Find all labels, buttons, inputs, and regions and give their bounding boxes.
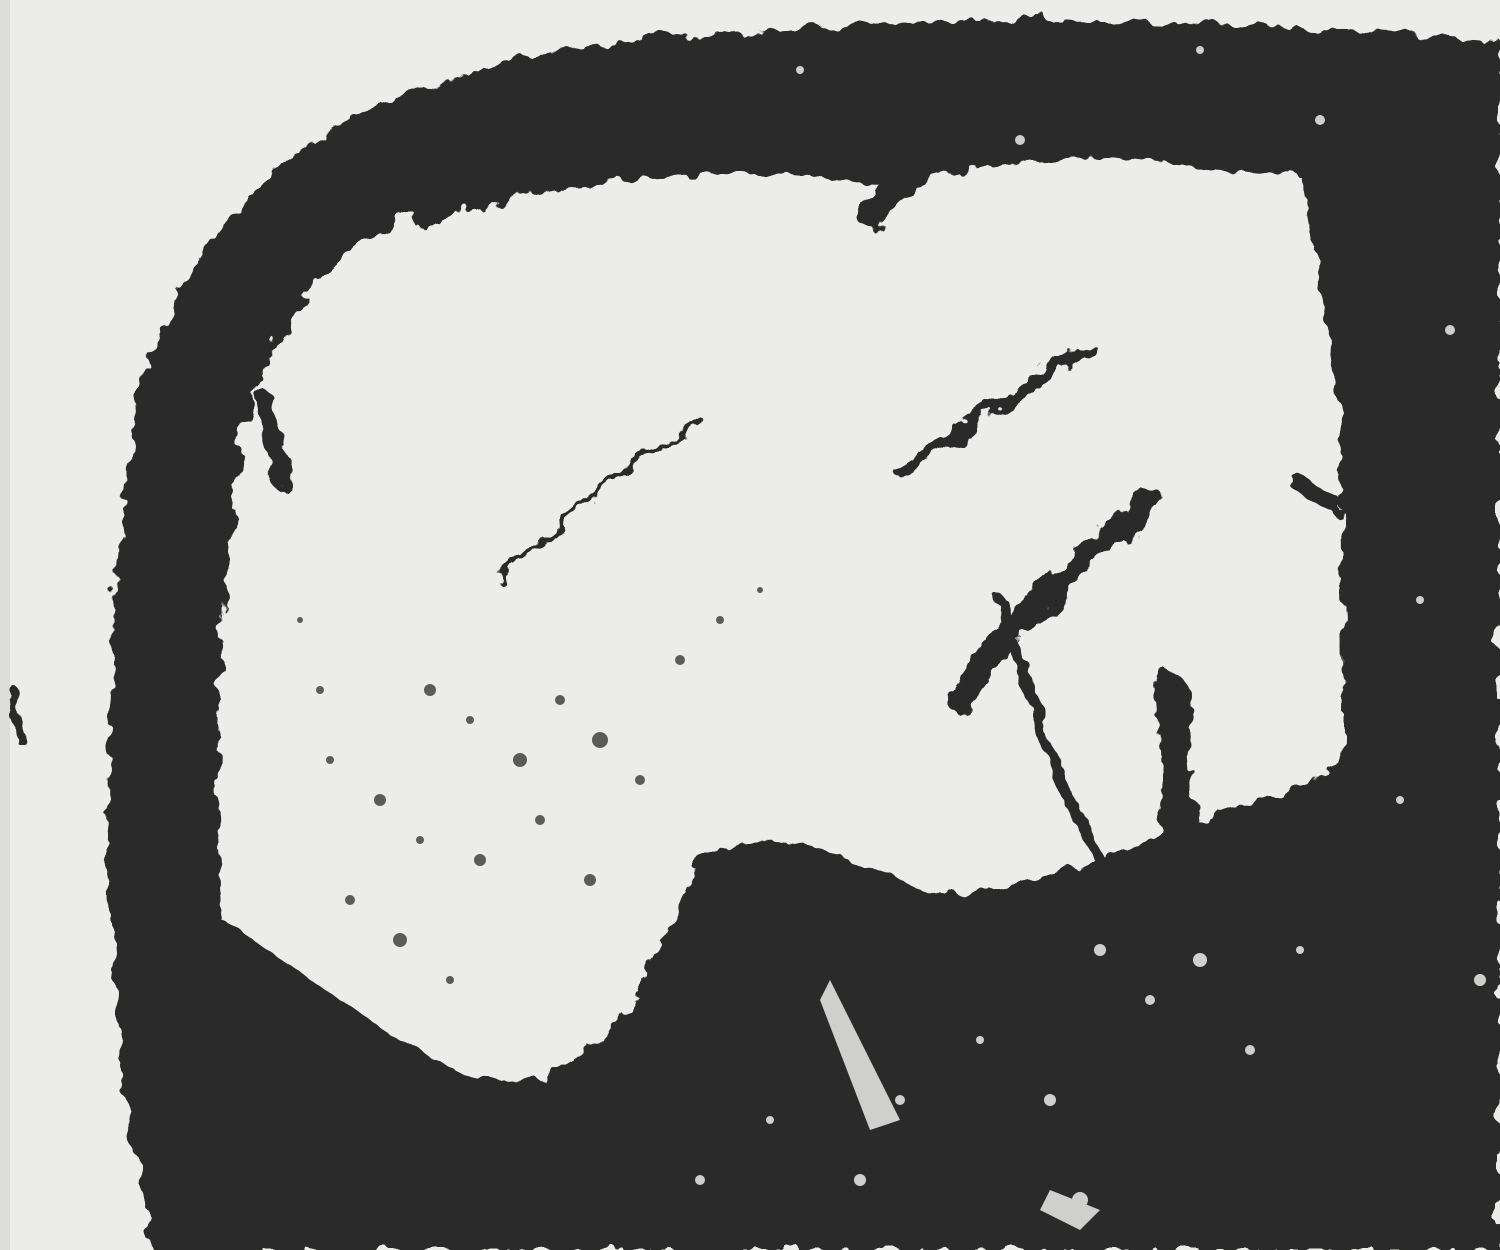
ink-brush-artwork — [0, 0, 1500, 1250]
